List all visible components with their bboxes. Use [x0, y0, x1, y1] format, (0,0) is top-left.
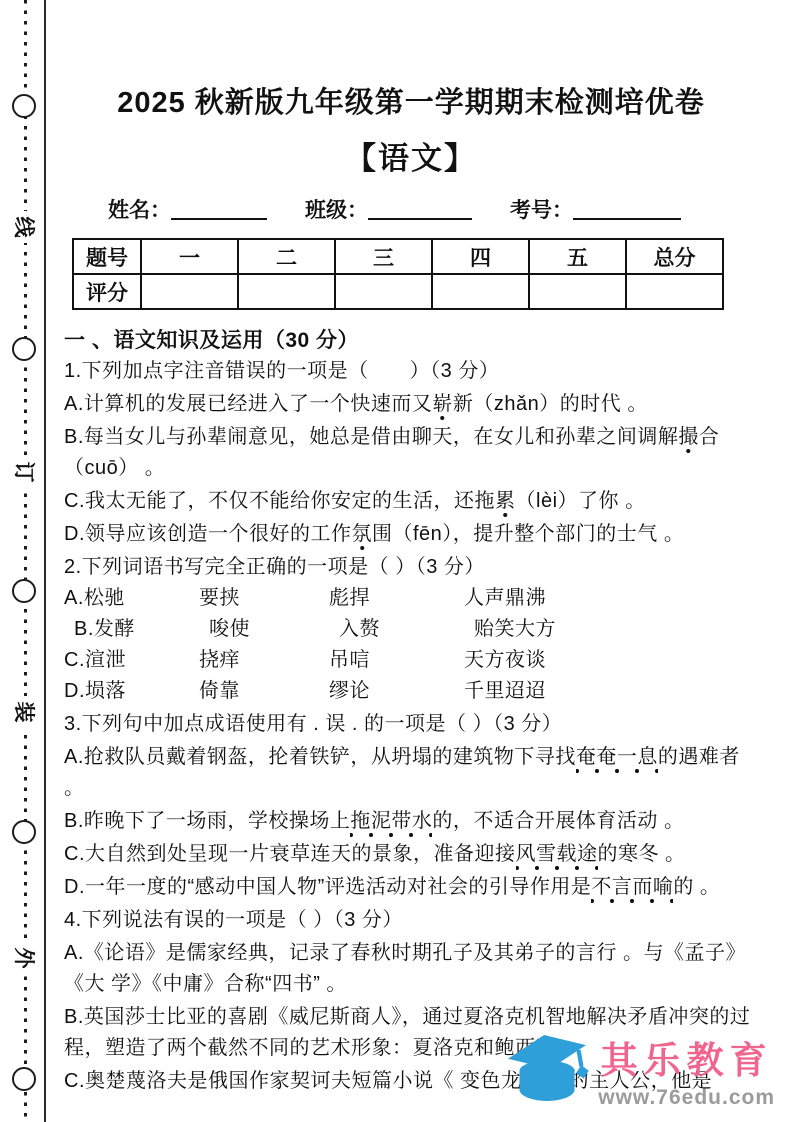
score-cell: [141, 274, 238, 309]
q2-b-word: 入赘: [339, 614, 474, 645]
q1-option-a: A.计算机的发展已经进入了一个快速而又崭新（zhǎn）的时代 。: [64, 389, 758, 420]
q1-option-c: C.我太无能了，不仅不能给你安定的生活，还拖累（lèi）了你 。: [64, 486, 758, 517]
q1-d-emphasis: 氛: [352, 523, 373, 551]
binding-circle-icon: [12, 820, 36, 844]
binding-circle-icon: [12, 579, 36, 603]
q2-c-word: 挠痒: [199, 645, 329, 676]
score-header-cell: 总分: [626, 239, 723, 274]
q1-c-emphasis: 累: [495, 490, 516, 518]
score-header-cell: 题号: [73, 239, 141, 274]
page-border-line: [44, 0, 46, 1122]
q3-d-post: 的 。: [673, 876, 720, 898]
publisher-logo: 其乐教育 www.76edu.com: [504, 1030, 775, 1110]
score-header-cell: 二: [238, 239, 335, 274]
score-header-cell: 三: [335, 239, 432, 274]
q2-c-word: 天方夜谈: [464, 645, 546, 676]
q3-a-pre: A.抢救队员戴着钢盔，抡着铁铲，从坍塌的建筑物下寻找: [64, 746, 576, 768]
score-table-score-row: 评分: [73, 274, 723, 309]
q1-option-d: D.领导应该创造一个很好的工作氛围（fēn），提升整个部门的士气 。: [64, 519, 758, 550]
exam-subject: 【语文】: [64, 133, 758, 178]
class-field: 班级：: [305, 194, 472, 224]
binding-label-ding-text: 订: [10, 462, 40, 483]
q2-c-word: C.渲泄: [64, 645, 199, 676]
score-row-label: 评分: [73, 274, 141, 309]
q2-a-word: A.松驰: [64, 583, 199, 614]
q1-d-pre: D.领导应该创造一个很好的工作: [64, 523, 352, 545]
score-cell: [529, 274, 626, 309]
q2-a-word: 人声鼎沸: [464, 583, 546, 614]
q4-option-a: A.《论语》是儒家经典，记录了春秋时期孔子及其弟子的言行 。与《孟子》《大 学》…: [64, 938, 758, 1000]
binding-circle-icon: [12, 94, 36, 118]
q3-option-d: D.一年一度的“感动中国人物”评选活动对社会的引导作用是不言而喻的 。: [64, 872, 758, 903]
q3-c-pre: C.大自然到处呈现一片衰草连天的景象，准备迎接: [64, 843, 516, 865]
q3-option-a: A.抢救队员戴着钢盔，抡着铁铲，从坍塌的建筑物下寻找奄奄一息的遇难者 。: [64, 742, 758, 804]
class-label: 班级：: [305, 199, 368, 222]
name-blank: [171, 198, 267, 220]
q3-b-pre: B.昨晚下了一场雨，学校操场上: [64, 810, 350, 832]
q2-a-word: 要挟: [199, 583, 329, 614]
q2-d-word: 千里迢迢: [464, 676, 546, 707]
q2-b-word: B.发酵: [74, 614, 209, 645]
section-heading: 一 、语文知识及运用（30 分）: [64, 324, 758, 354]
publisher-website: www.76edu.com: [598, 1086, 775, 1110]
q3-c-post: 的寒冬 。: [598, 843, 686, 865]
q1-a-post: 新（zhǎn）的时代 。: [453, 393, 648, 415]
q1-a-pre: A.计算机的发展已经进入了一个快速而又: [64, 393, 432, 415]
name-field: 姓名：: [108, 194, 267, 224]
score-cell: [335, 274, 432, 309]
q1-a-emphasis: 崭: [432, 393, 453, 421]
q3-d-emphasis: 不言而喻: [591, 876, 673, 904]
score-table: 题号 一 二 三 四 五 总分 评分: [72, 238, 724, 310]
score-header-cell: 五: [529, 239, 626, 274]
q1-b-emphasis: 撮: [678, 426, 699, 454]
student-info-row: 姓名： 班级： 考号：: [64, 194, 758, 224]
binding-label-line-text: 线: [10, 217, 40, 238]
publisher-logo-text: 其乐教育 www.76edu.com: [598, 1030, 775, 1110]
q2-stem: 2.下列词语书写完全正确的一项是（ ）（3 分）: [64, 552, 758, 583]
q1-option-b: B.每当女儿与孙辈闹意见，她总是借由聊天，在女儿和孙辈之间调解撮合（cuō） 。: [64, 422, 758, 484]
q2-a-word: 彪捍: [329, 583, 464, 614]
binding-label-line: 线: [8, 211, 42, 243]
graduation-cap-icon: [504, 1031, 590, 1109]
q2-option-b: B.发酵 唆使 入赘 贻笑大方: [64, 614, 758, 645]
q3-a-emphasis: 奄奄一息: [576, 746, 658, 774]
q2-c-word: 吊唁: [329, 645, 464, 676]
q3-option-c: C.大自然到处呈现一片衰草连天的景象，准备迎接风雪载途的寒冬 。: [64, 839, 758, 870]
binding-label-wai: 外: [8, 942, 42, 974]
binding-label-wai-text: 外: [10, 948, 40, 969]
q3-stem: 3.下列句中加点成语使用有 . 误 . 的一项是（ ）（3 分）: [64, 709, 758, 740]
q2-b-word: 贻笑大方: [474, 614, 556, 645]
binding-label-zhuang: 装: [8, 696, 42, 728]
q1-stem: 1.下列加点字注音错误的一项是（ ）（3 分）: [64, 356, 758, 387]
name-label: 姓名：: [108, 199, 171, 222]
exam-no-label: 考号：: [510, 199, 573, 222]
q2-d-word: D.埙落: [64, 676, 199, 707]
exam-paper: 2025 秋新版九年级第一学期期末检测培优卷 【语文】 姓名： 班级： 考号： …: [64, 0, 758, 1097]
publisher-brand-name: 其乐教育: [601, 1030, 773, 1084]
q2-option-c: C.渲泄 挠痒 吊唁 天方夜谈: [64, 645, 758, 676]
score-cell: [432, 274, 529, 309]
binding-label-ding: 订: [8, 456, 42, 488]
q1-b-pre: B.每当女儿与孙辈闹意见，她总是借由聊天，在女儿和孙辈之间调解: [64, 426, 678, 448]
score-cell: [626, 274, 723, 309]
binding-margin: 线 订 装 外: [0, 0, 46, 1122]
q3-c-emphasis: 风雪载途: [516, 843, 598, 871]
score-header-cell: 一: [141, 239, 238, 274]
score-cell: [238, 274, 335, 309]
q1-d-post: 围（fēn），提升整个部门的士气 。: [372, 523, 684, 545]
binding-label-zhuang-text: 装: [10, 702, 40, 723]
q2-option-d: D.埙落 倚靠 缪论 千里迢迢: [64, 676, 758, 707]
exam-title: 2025 秋新版九年级第一学期期末检测培优卷: [64, 80, 758, 121]
binding-circle-icon: [12, 1067, 36, 1091]
q2-d-word: 倚靠: [199, 676, 329, 707]
q3-option-b: B.昨晚下了一场雨，学校操场上拖泥带水的，不适合开展体育活动 。: [64, 806, 758, 837]
score-table-header-row: 题号 一 二 三 四 五 总分: [73, 239, 723, 274]
q1-c-pre: C.我太无能了，不仅不能给你安定的生活，还拖: [64, 490, 495, 512]
score-header-cell: 四: [432, 239, 529, 274]
exam-no-blank: [573, 198, 681, 220]
q3-b-emphasis: 拖泥带水: [350, 810, 432, 838]
binding-circle-icon: [12, 337, 36, 361]
q2-option-a: A.松驰 要挟 彪捍 人声鼎沸: [64, 583, 758, 614]
exam-no-field: 考号：: [510, 194, 681, 224]
q1-c-post: （lèi）了你 。: [516, 490, 646, 512]
q2-b-word: 唆使: [209, 614, 339, 645]
q4-stem: 4.下列说法有误的一项是（ ）（3 分）: [64, 905, 758, 936]
class-blank: [368, 198, 472, 220]
q3-d-pre: D.一年一度的“感动中国人物”评选活动对社会的引导作用是: [64, 876, 591, 898]
q2-d-word: 缪论: [329, 676, 464, 707]
q3-b-post: 的，不适合开展体育活动 。: [432, 810, 684, 832]
